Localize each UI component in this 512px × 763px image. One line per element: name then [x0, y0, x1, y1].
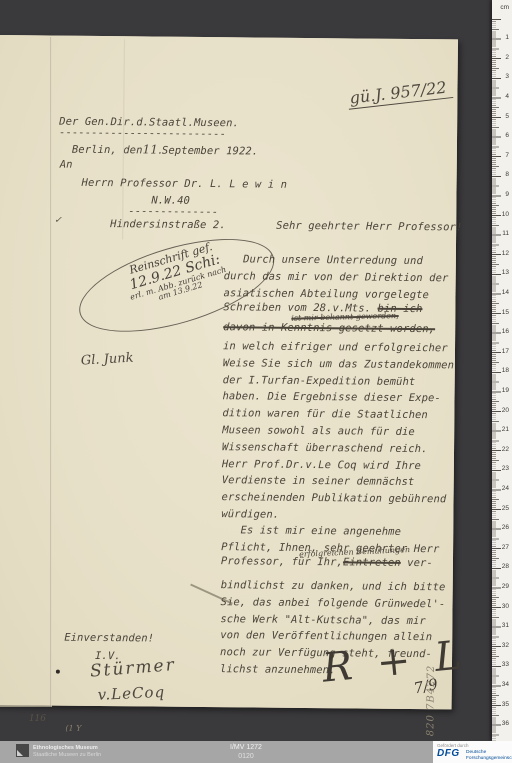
sender-underline: --------------------------	[59, 127, 226, 141]
ruler-number: 31	[502, 622, 509, 630]
ruler-number: 8	[505, 171, 509, 179]
ruler-number: 32	[502, 642, 509, 650]
ruler-number: 35	[502, 701, 509, 709]
scan-number: 0120	[0, 753, 492, 761]
ruler-number: 27	[502, 544, 509, 552]
einverstanden-line: Einverstanden!	[64, 632, 154, 645]
typed-line: Weise Sie sich um das Zustandekommen	[223, 355, 454, 374]
ruler-number: 30	[502, 603, 509, 611]
ruler-number: 25	[502, 505, 509, 513]
mixed2-pre: Professor, für Ihr,	[221, 555, 343, 568]
ruler-number: 1	[505, 34, 509, 42]
body-mixed-line-2: Professor, für Ihr,Eintreten ver-	[221, 555, 433, 569]
ruler-number: 9	[505, 191, 509, 199]
typed-line: in welch eifriger und erfolgreicher	[223, 338, 454, 357]
body-paragraph-2: in welch eifriger und erfolgreicherWeise…	[221, 338, 454, 525]
typed-line: bindlichst zu danken, und ich bitte	[221, 577, 446, 596]
body-paragraph-1: Durch unsere Unterredung unddurch das mi…	[223, 251, 448, 304]
dfg-logo-box: Gefördert durch DFG Deutsche Forschungsg…	[433, 741, 512, 763]
ruler-cm-ticks	[492, 19, 501, 741]
ruler-number: 23	[502, 465, 509, 473]
typed-line: Wissenschaft überraschend reich.	[222, 439, 453, 458]
footer-bar: Ethnologisches Museum Staatliche Museen …	[0, 741, 512, 763]
pencil-corner-mark: (1 Y	[65, 724, 81, 733]
ruler-number: 14	[502, 289, 509, 297]
date-line: Berlin, den11.September 1922.	[72, 142, 258, 158]
ruler-number: 34	[502, 681, 509, 689]
ruler: cm 1234567891011121314151617181920212223…	[492, 0, 512, 741]
date-rest: September 1922.	[162, 145, 258, 158]
ruler-number: 24	[502, 485, 509, 493]
ruler-number: 20	[502, 407, 509, 415]
ruler-number: 22	[502, 446, 509, 454]
ruler-number: 19	[502, 387, 509, 395]
salutation: Sehr geehrter Herr Professor!	[276, 220, 462, 234]
margin-checkmark: ✓	[54, 216, 62, 226]
typed-line: sche Werk "Alt-Kutscha", das mir	[220, 611, 445, 630]
ruler-number: 17	[502, 348, 509, 356]
ruler-number: 6	[505, 132, 509, 140]
ruler-number: 21	[502, 426, 509, 434]
scan-viewer: ...nka...lanne...tänkDank...maikea Baum.…	[0, 0, 512, 763]
interline-correction-1: ist mir bekannt geworden,	[291, 311, 399, 323]
ruler-number: 26	[502, 524, 509, 532]
ruler-number: 2	[505, 54, 509, 62]
typed-line: Museen sowohl als auch für die	[222, 422, 453, 441]
ruler-number: 13	[502, 269, 509, 277]
ruler-number: 12	[502, 250, 509, 258]
pencil-inventory-vertical: 820 7B4272	[425, 591, 437, 736]
inventory-id: I/MV 1272	[0, 744, 492, 752]
dfg-name-line1: Deutsche	[466, 750, 486, 756]
date-day-handwritten: 11.	[142, 142, 162, 156]
mixed2-struck: Eintreten	[343, 556, 401, 569]
dfg-acronym: DFG	[437, 748, 460, 759]
ruler-number: 4	[505, 93, 509, 101]
letter-page: gü.J. 957/22 Der Gen.Dir.d.Staatl.Museen…	[0, 35, 458, 709]
page-fold-shadow	[50, 37, 52, 707]
struck-line: davon in Kenntnis gesetzt worden,	[223, 321, 435, 335]
ruler-number: 36	[502, 720, 509, 728]
ruler-number: 33	[502, 661, 509, 669]
district-underline: --------------	[128, 205, 218, 218]
ruler-number: 28	[502, 563, 509, 571]
handwriting-fragment: 116	[29, 714, 46, 724]
ruler-number: 16	[502, 328, 509, 336]
ruler-number: 15	[502, 309, 509, 317]
typed-line: Durch unsere Unterredung und	[224, 251, 449, 270]
typed-line: durch das mir von der Direktion der	[224, 268, 449, 287]
ruler-number: 7	[505, 152, 509, 160]
punch-hole	[56, 670, 60, 674]
recipient-line: Herrn Professor Dr. L. L e w i n	[82, 177, 288, 191]
typed-line: Sie, das anbei folgende Grünwedel'-	[220, 594, 445, 613]
registry-number-handwritten: gü.J. 957/22	[347, 77, 454, 110]
ruler-number: 29	[502, 583, 509, 591]
typed-line: Es ist mir eine angenehme	[221, 522, 439, 541]
initials-note: Gl. Junk	[80, 351, 133, 369]
ruler-number: 18	[502, 367, 509, 375]
mixed2-post: ver-	[401, 557, 433, 569]
dfg-name-line2: Forschungsgemeinschaft	[466, 756, 512, 762]
ruler-number: 11	[502, 230, 509, 238]
an-label: An	[60, 159, 73, 171]
ruler-number: 10	[502, 211, 509, 219]
ruler-number: 3	[505, 73, 509, 81]
ruler-unit-label: cm	[500, 4, 509, 11]
date-prefix: Berlin, den	[72, 144, 143, 157]
ruler-number: 5	[505, 113, 509, 121]
signature-lecoq: v.LeCoq	[97, 683, 165, 704]
